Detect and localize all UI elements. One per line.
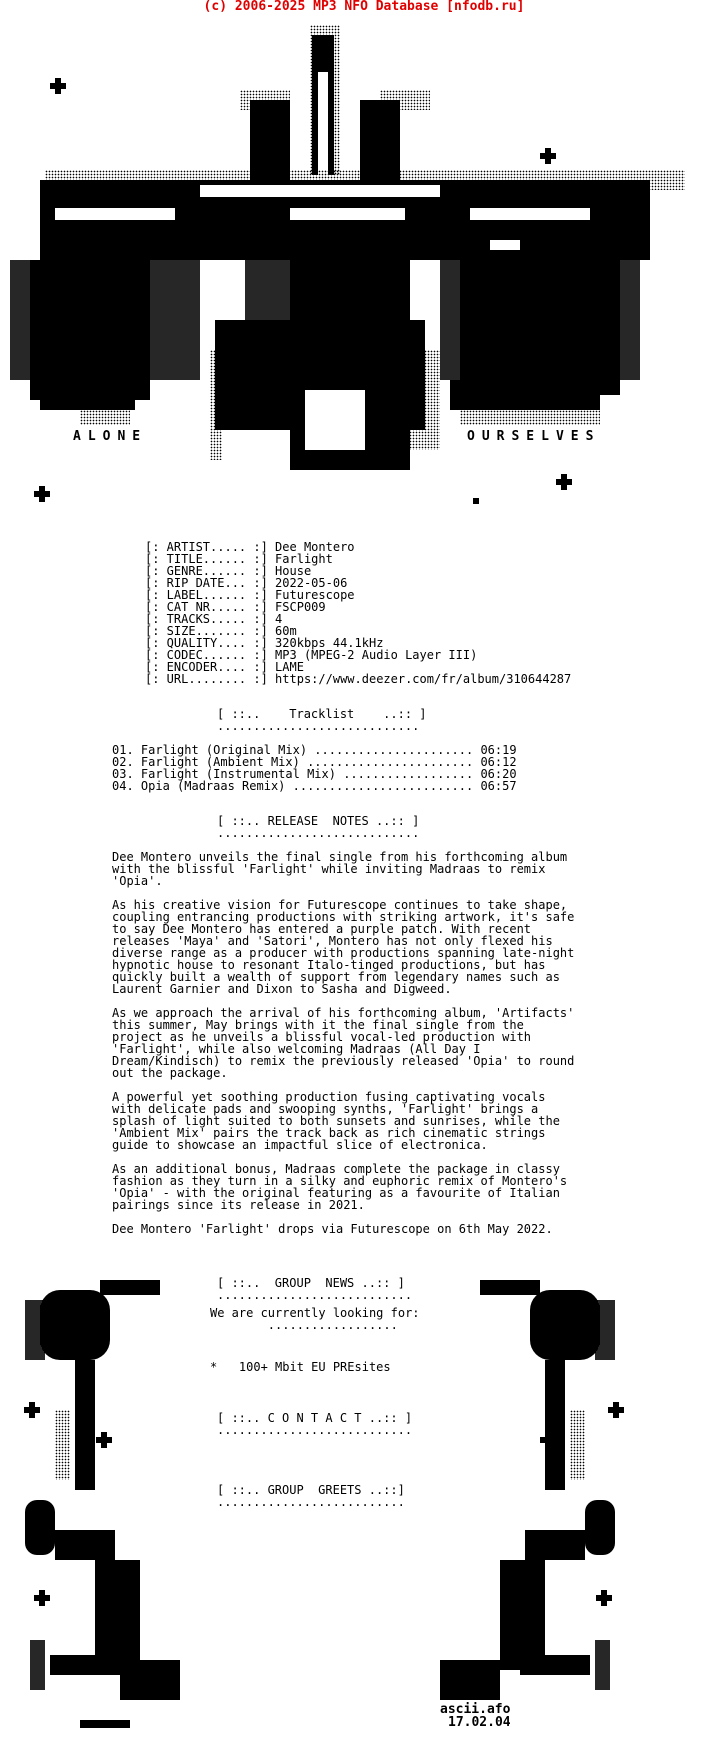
- vine-ornament-left: [0, 1260, 200, 1740]
- release-notes-section: [ ::.. RELEASE NOTES ..:: ] ............…: [112, 815, 574, 1235]
- greets-heading: [ ::.. GROUP GREETS ..::] ..............…: [217, 1484, 405, 1508]
- release-info-fields: [: ARTIST..... :] Dee Montero [: TITLE..…: [145, 541, 571, 685]
- group-news-section: [ ::.. GROUP NEWS ..:: ] ...............…: [210, 1277, 420, 1373]
- tracklist-section: [ ::.. Tracklist ..:: ] ................…: [112, 708, 517, 792]
- sparkle-icon: [50, 78, 66, 94]
- copyright-banner: (c) 2006-2025 MP3 NFO Database [nfodb.ru…: [0, 0, 728, 14]
- contact-section: [ ::.. C O N T A C T ..:: ] ............…: [217, 1412, 412, 1436]
- tagline-ourselves: OURSELVES: [467, 429, 600, 444]
- pixel-dot: [473, 498, 479, 504]
- group-news-intro: We are currently looking for: ..........…: [210, 1307, 420, 1331]
- group-news-item: * 100+ Mbit EU PREsites: [210, 1361, 420, 1373]
- tagline-alone: ALONE: [73, 429, 147, 444]
- ascii-date: 17.02.04: [440, 1716, 511, 1729]
- tracklist-heading: [ ::.. Tracklist ..:: ] ................…: [112, 708, 517, 732]
- contact-heading: [ ::.. C O N T A C T ..:: ] ............…: [217, 1412, 412, 1436]
- greets-section: [ ::.. GROUP GREETS ..::] ..............…: [217, 1484, 405, 1508]
- sparkle-icon: [596, 1590, 612, 1606]
- sparkle-icon: [24, 1402, 40, 1418]
- sparkle-icon: [540, 1432, 556, 1448]
- ascii-signature: ascii.afo 17.02.04: [440, 1703, 511, 1729]
- sparkle-icon: [96, 1432, 112, 1448]
- sparkle-icon: [34, 486, 50, 502]
- sparkle-icon: [608, 1402, 624, 1418]
- afo-logo: [0, 20, 728, 500]
- sparkle-icon: [34, 1590, 50, 1606]
- vine-ornament-right: [440, 1260, 640, 1740]
- tracklist-rows: 01. Farlight (Original Mix) ............…: [112, 744, 517, 792]
- tagline-for: FOR: [313, 453, 357, 468]
- release-info: [: ARTIST..... :] Dee Montero [: TITLE..…: [145, 541, 571, 685]
- release-notes-heading: [ ::.. RELEASE NOTES ..:: ] ............…: [112, 815, 574, 839]
- group-news-heading: [ ::.. GROUP NEWS ..:: ] ...............…: [210, 1277, 420, 1301]
- sparkle-icon: [556, 474, 572, 490]
- sparkle-icon: [540, 148, 556, 164]
- release-notes-body: Dee Montero unveils the final single fro…: [112, 851, 574, 1235]
